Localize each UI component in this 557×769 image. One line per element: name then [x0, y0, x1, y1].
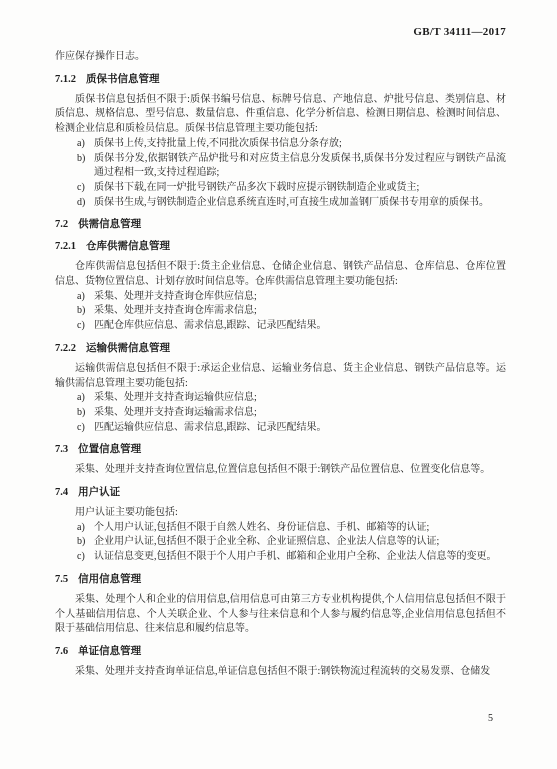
list-item-text: 认证信息变更,包括但不限于个人用户手机、邮箱和企业用户全称、企业法人信息等的变更…	[94, 550, 506, 565]
section-number: 7.3	[55, 442, 68, 457]
list-item-b: b) 企业用户认证,包括但不限于企业全称、企业证照信息、企业法人信息等的认证;	[77, 535, 506, 550]
list-marker: c)	[77, 550, 94, 565]
list-item-text: 采集、处理并支持查询运输需求信息;	[94, 406, 506, 421]
list-item-text: 采集、处理并支持查询仓库需求信息;	[94, 304, 506, 319]
list-item-text: 质保书分发,依据钢铁产品炉批号和对应货主信息分发质保书,质保书分发过程应与钢铁产…	[94, 152, 506, 181]
list-item-a: a) 采集、处理并支持查询运输供应信息;	[77, 391, 506, 406]
list-marker: d)	[77, 196, 94, 211]
list-marker: b)	[77, 535, 94, 550]
section-number: 7.2.1	[55, 239, 76, 254]
section-number: 7.4	[55, 485, 68, 500]
section-heading-7-6: 7.6单证信息管理	[55, 644, 506, 659]
list-item-c: c) 认证信息变更,包括但不限于个人用户手机、邮箱和企业用户全称、企业法人信息等…	[77, 550, 506, 565]
list-item-text: 质保书生成,与钢铁制造企业信息系统直连时,可直接生成加盖钢厂质保书专用章的质保书…	[94, 196, 506, 211]
list-item-text: 采集、处理并支持查询运输供应信息;	[94, 391, 506, 406]
list-item-b: b) 质保书分发,依据钢铁产品炉批号和对应货主信息分发质保书,质保书分发过程应与…	[77, 152, 506, 181]
paragraph: 运输供需信息包括但不限于:承运企业信息、运输业务信息、货主企业信息、钢铁产品信息…	[55, 362, 506, 391]
list-marker: a)	[77, 290, 94, 305]
section-title: 信用信息管理	[78, 573, 141, 585]
paragraph: 采集、处理并支持查询单证信息,单证信息包括但不限于:钢铁物流过程流转的交易发票、…	[55, 665, 506, 680]
list-item-text: 质保书下载,在同一炉批号钢铁产品多次下载时应提示钢铁制造企业或货主;	[94, 181, 506, 196]
list-marker: a)	[77, 391, 94, 406]
list-item-text: 采集、处理并支持查询仓库供应信息;	[94, 290, 506, 305]
document-page: GB/T 34111—2017 作应保存操作日志。 7.1.2质保书信息管理 质…	[0, 0, 557, 769]
section-title: 供需信息管理	[78, 218, 141, 230]
section-heading-7-3: 7.3位置信息管理	[55, 442, 506, 457]
section-title: 仓库供需信息管理	[86, 240, 170, 252]
continuation-paragraph: 作应保存操作日志。	[55, 50, 506, 65]
list-marker: c)	[77, 421, 94, 436]
list-marker: b)	[77, 152, 94, 181]
section-number: 7.1.2	[55, 72, 76, 87]
section-title: 用户认证	[78, 486, 120, 498]
list-marker: a)	[77, 137, 94, 152]
section-title: 质保书信息管理	[86, 73, 160, 85]
paragraph: 仓库供需信息包括但不限于:货主企业信息、仓储企业信息、钢铁产品信息、仓库信息、仓…	[55, 260, 506, 289]
list-item-text: 质保书上传,支持批量上传,不同批次质保书信息分条存放;	[94, 137, 506, 152]
section-number: 7.2	[55, 217, 68, 232]
list-marker: c)	[77, 181, 94, 196]
list-item-text: 匹配仓库供应信息、需求信息,跟踪、记录匹配结果。	[94, 319, 506, 334]
section-heading-7-5: 7.5信用信息管理	[55, 572, 506, 587]
page-number: 5	[488, 713, 493, 725]
list-marker: c)	[77, 319, 94, 334]
list-item-d: d) 质保书生成,与钢铁制造企业信息系统直连时,可直接生成加盖钢厂质保书专用章的…	[77, 196, 506, 211]
list-item-a: a) 个人用户认证,包括但不限于自然人姓名、身份证信息、手机、邮箱等的认证;	[77, 521, 506, 536]
list-item-text: 个人用户认证,包括但不限于自然人姓名、身份证信息、手机、邮箱等的认证;	[94, 521, 506, 536]
section-number: 7.6	[55, 644, 68, 659]
list-item-b: b) 采集、处理并支持查询仓库需求信息;	[77, 304, 506, 319]
section-heading-7-1-2: 7.1.2质保书信息管理	[55, 72, 506, 87]
list-item-a: a) 采集、处理并支持查询仓库供应信息;	[77, 290, 506, 305]
list-marker: a)	[77, 521, 94, 536]
section-heading-7-2-2: 7.2.2运输供需信息管理	[55, 341, 506, 356]
section-heading-7-4: 7.4用户认证	[55, 485, 506, 500]
section-title: 单证信息管理	[78, 645, 141, 657]
list-item-a: a) 质保书上传,支持批量上传,不同批次质保书信息分条存放;	[77, 137, 506, 152]
section-number: 7.5	[55, 572, 68, 587]
list-item-text: 匹配运输供应信息、需求信息,跟踪、记录匹配结果。	[94, 421, 506, 436]
paragraph: 质保书信息包括但不限于:质保书编号信息、标牌号信息、产地信息、炉批号信息、类别信…	[55, 93, 506, 137]
standard-code-header: GB/T 34111—2017	[55, 26, 506, 40]
section-title: 运输供需信息管理	[86, 342, 170, 354]
paragraph: 用户认证主要功能包括:	[55, 506, 506, 521]
section-title: 位置信息管理	[78, 443, 141, 455]
list-marker: b)	[77, 406, 94, 421]
list-item-c: c) 质保书下载,在同一炉批号钢铁产品多次下载时应提示钢铁制造企业或货主;	[77, 181, 506, 196]
section-number: 7.2.2	[55, 341, 76, 356]
list-item-c: c) 匹配运输供应信息、需求信息,跟踪、记录匹配结果。	[77, 421, 506, 436]
list-item-c: c) 匹配仓库供应信息、需求信息,跟踪、记录匹配结果。	[77, 319, 506, 334]
paragraph: 采集、处理并支持查询位置信息,位置信息包括但不限于:钢铁产品位置信息、位置变化信…	[55, 463, 506, 478]
list-item-text: 企业用户认证,包括但不限于企业全称、企业证照信息、企业法人信息等的认证;	[94, 535, 506, 550]
section-heading-7-2: 7.2供需信息管理	[55, 217, 506, 232]
list-marker: b)	[77, 304, 94, 319]
section-heading-7-2-1: 7.2.1仓库供需信息管理	[55, 239, 506, 254]
paragraph: 采集、处理个人和企业的信用信息,信用信息可由第三方专业机构提供,个人信用信息包括…	[55, 593, 506, 637]
list-item-b: b) 采集、处理并支持查询运输需求信息;	[77, 406, 506, 421]
